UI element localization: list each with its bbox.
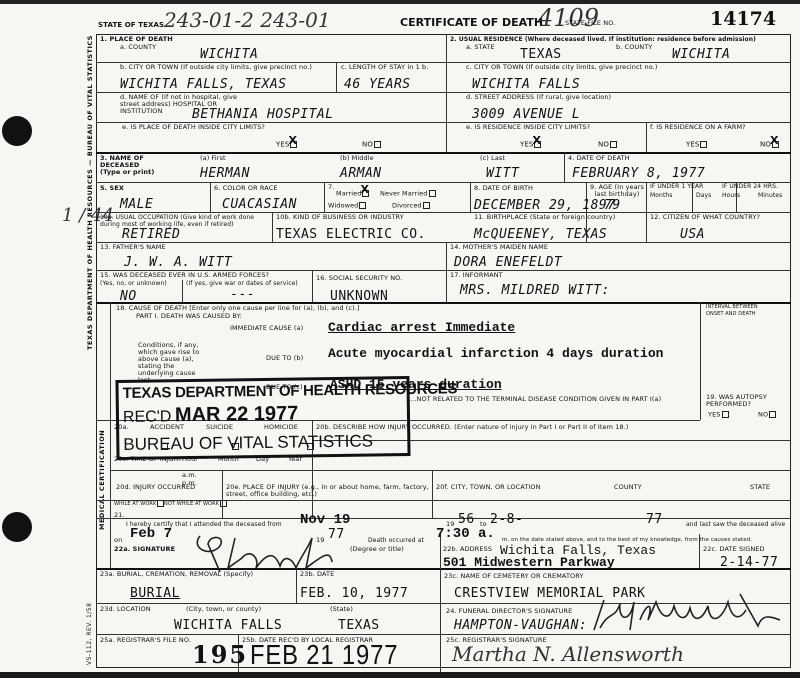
- res-inside-limits-label: e. IS RESIDENCE INSIDE CITY LIMITS?: [466, 124, 590, 131]
- race: CUACASIAN: [222, 197, 297, 212]
- race-label: 6. COLOR OR RACE: [214, 185, 278, 192]
- funeral-director-signature: [590, 590, 790, 636]
- informant-label: 17. INFORMANT: [450, 272, 503, 279]
- autopsy-no-checkbox[interactable]: [769, 411, 776, 418]
- received-stamp: TEXAS DEPARTMENT OF HEALTH RESOURCES REC…: [115, 376, 410, 460]
- mother-name: DORA ENEFELDT: [454, 255, 562, 270]
- ssn-label: 16. SOCIAL SECURITY NO.: [316, 275, 402, 282]
- cause-label: 18. CAUSE OF DEATH [Enter only one cause…: [116, 305, 360, 312]
- res-state: TEXAS: [520, 47, 562, 62]
- res-county: WICHITA: [672, 47, 730, 62]
- citizen-label: 12. CITIZEN OF WHAT COUNTRY?: [650, 214, 760, 221]
- margin-handwritten-note: 1 / 44: [62, 206, 84, 226]
- industry: TEXAS ELECTRIC CO.: [276, 227, 426, 242]
- dob-label: 8. DATE OF BIRTH: [474, 185, 533, 192]
- autopsy-label: 19. WAS AUTOPSY PERFORMED?: [706, 394, 786, 408]
- certificate-title: CERTIFICATE OF DEATH: [400, 16, 543, 29]
- scan-edge-top: [0, 0, 800, 4]
- res-street-label: d. STREET ADDRESS (If rural, give locati…: [466, 94, 611, 101]
- res-city: WICHITA FALLS: [472, 77, 580, 92]
- autopsy-yes-checkbox[interactable]: [722, 411, 729, 418]
- occupation: RETIRED: [122, 227, 180, 242]
- stamp-recd-label: REC'D: [123, 408, 172, 427]
- last-name: WITT: [486, 166, 519, 181]
- physician-address-line2: 501 Midwestern Parkway: [443, 555, 615, 570]
- last-seen-date: Feb 7: [130, 526, 172, 542]
- burial-date: FEB. 10, 1977: [300, 586, 408, 601]
- date-signed: 2-14-77: [720, 555, 778, 570]
- stamp-department: TEXAS DEPARTMENT OF HEALTH RESOURCES: [123, 380, 458, 402]
- due-to-b: Acute myocardial infarction 4 days durat…: [328, 346, 663, 361]
- age-label: 9. AGE (In years last birthday): [589, 184, 645, 198]
- middle-label: (b) Middle: [340, 155, 374, 162]
- state-label: STATE OF TEXAS: [98, 22, 164, 29]
- hospital-name: BETHANIA HOSPITAL: [192, 107, 334, 122]
- armed-forces-label: 15. WAS DECEASED EVER IN U.S. ARMED FORC…: [100, 272, 269, 279]
- widowed-checkbox[interactable]: [359, 202, 366, 209]
- not-at-work-checkbox[interactable]: [220, 500, 227, 507]
- death-county: WICHITA: [200, 47, 258, 62]
- attended-from-year: 56: [458, 512, 475, 527]
- armed-forces: NO: [120, 289, 137, 304]
- handwritten-codes: 243-01-2 243-01: [164, 8, 331, 32]
- conditions-note: Conditions, if any, which gave rise to a…: [138, 342, 204, 384]
- res-city-label: c. CITY OR TOWN (If outside city limits,…: [466, 64, 657, 71]
- farm-no-checkbox[interactable]: [772, 141, 779, 148]
- death-city: WICHITA FALLS, TEXAS: [120, 77, 287, 92]
- county-label: a. COUNTY: [120, 44, 156, 51]
- sex: MALE: [120, 197, 153, 212]
- armed-dates: ---: [230, 287, 255, 302]
- punch-hole-bottom: [2, 512, 32, 542]
- father-label: 13. FATHER'S NAME: [100, 244, 166, 251]
- stamp-recd-date: MAR 22 1977: [175, 403, 299, 428]
- physician-signature: [180, 528, 340, 574]
- death-certificate: TEXAS DEPARTMENT OF HEALTH RESOURCES — B…: [0, 0, 800, 678]
- death-inside-limits-yes-checkbox[interactable]: [290, 141, 297, 148]
- length-of-stay: 46 YEARS: [344, 77, 411, 92]
- stay-label: c. LENGTH OF STAY in 1 b.: [341, 64, 441, 71]
- place-of-injury-label: 20e. PLACE OF INJURY (e.g., in or about …: [226, 484, 430, 498]
- first-label: (a) First: [200, 155, 226, 162]
- death-inside-limits-no-checkbox[interactable]: [374, 141, 381, 148]
- local-registrar-date: FEB 21 1977: [250, 639, 398, 671]
- state-file-label: STATE FILE NO.: [565, 20, 615, 27]
- attended-to-year: 77: [646, 512, 663, 527]
- farm-yes-checkbox[interactable]: [700, 141, 707, 148]
- burial-state: TEXAS: [338, 618, 380, 633]
- date-of-birth: DECEMBER 29, 1897: [474, 198, 616, 213]
- birthplace-label: 11. BIRTHPLACE (State or foreign country…: [474, 214, 615, 221]
- state-file-number: 14174: [710, 8, 776, 30]
- res-county-label: b. COUNTY: [616, 44, 652, 51]
- citizenship: USA: [680, 227, 705, 242]
- ssn: UNKNOWN: [330, 289, 388, 304]
- burial-city: WICHITA FALLS: [174, 618, 282, 633]
- date-of-death: FEBRUARY 8, 1977: [572, 166, 705, 181]
- birthplace: McQUEENEY, TEXAS: [474, 227, 607, 242]
- informant: MRS. MILDRED WITT:: [460, 283, 610, 298]
- middle-name: ARMAN: [340, 166, 382, 181]
- res-street: 3009 AVENUE L: [472, 107, 580, 122]
- inside-limits-label: e. IS PLACE OF DEATH INSIDE CITY LIMITS?: [122, 124, 265, 131]
- registrar-signature: Martha N. Allensworth: [452, 642, 684, 666]
- immediate-cause: Cardiac arrest_Immediate: [328, 320, 515, 335]
- res-inside-limits-yes-checkbox[interactable]: [534, 141, 541, 148]
- mother-label: 14. MOTHER'S MAIDEN NAME: [450, 244, 548, 251]
- registrar-file-no: 195: [192, 640, 248, 669]
- funeral-director: HAMPTON-VAUGHAN:: [454, 618, 587, 633]
- attended-to: 2-8-: [490, 512, 523, 527]
- married-checkbox[interactable]: [362, 190, 369, 197]
- punch-hole-top: [2, 116, 32, 146]
- farm-label: f. IS RESIDENCE ON A FARM?: [650, 124, 746, 131]
- last-label: (c) Last: [480, 155, 505, 162]
- res-inside-limits-no-checkbox[interactable]: [610, 141, 617, 148]
- father-name: J. W. A. WITT: [124, 255, 232, 270]
- city-label: b. CITY OR TOWN (If outside city limits,…: [120, 64, 312, 71]
- age: 79: [604, 198, 621, 213]
- first-name: HERMAN: [200, 166, 250, 181]
- scan-edge-bottom: [0, 672, 800, 678]
- handwritten-number: 4109: [538, 4, 599, 32]
- stamp-bureau: BUREAU OF VITAL STATISTICS: [123, 431, 373, 454]
- death-time: 7:30 a.: [436, 526, 495, 542]
- occupation-label: 10a. USUAL OCCUPATION (Give kind of work…: [100, 214, 270, 228]
- name-label: 3. NAME OF DECEASED (Type or print): [100, 155, 156, 176]
- industry-label: 10b. KIND OF BUSINESS OR INDUSTRY: [276, 214, 404, 221]
- sex-label: 5. SEX: [100, 185, 124, 192]
- divorced-checkbox[interactable]: [423, 202, 430, 209]
- residence-label: 2. USUAL RESIDENCE (Where deceased lived…: [450, 36, 756, 43]
- dod-label: 4. DATE OF DEATH: [568, 155, 630, 162]
- never-married-checkbox[interactable]: [429, 190, 436, 197]
- margin-department-text: TEXAS DEPARTMENT OF HEALTH RESOURCES — B…: [86, 35, 94, 350]
- attended-from: Nov 19: [300, 512, 350, 528]
- place-of-death-label: 1. PLACE OF DEATH: [100, 36, 173, 43]
- res-state-label: a. STATE: [466, 44, 495, 51]
- disposition-type: BURIAL: [130, 586, 180, 601]
- form-number: VS-112, REV. 1/58: [86, 603, 93, 665]
